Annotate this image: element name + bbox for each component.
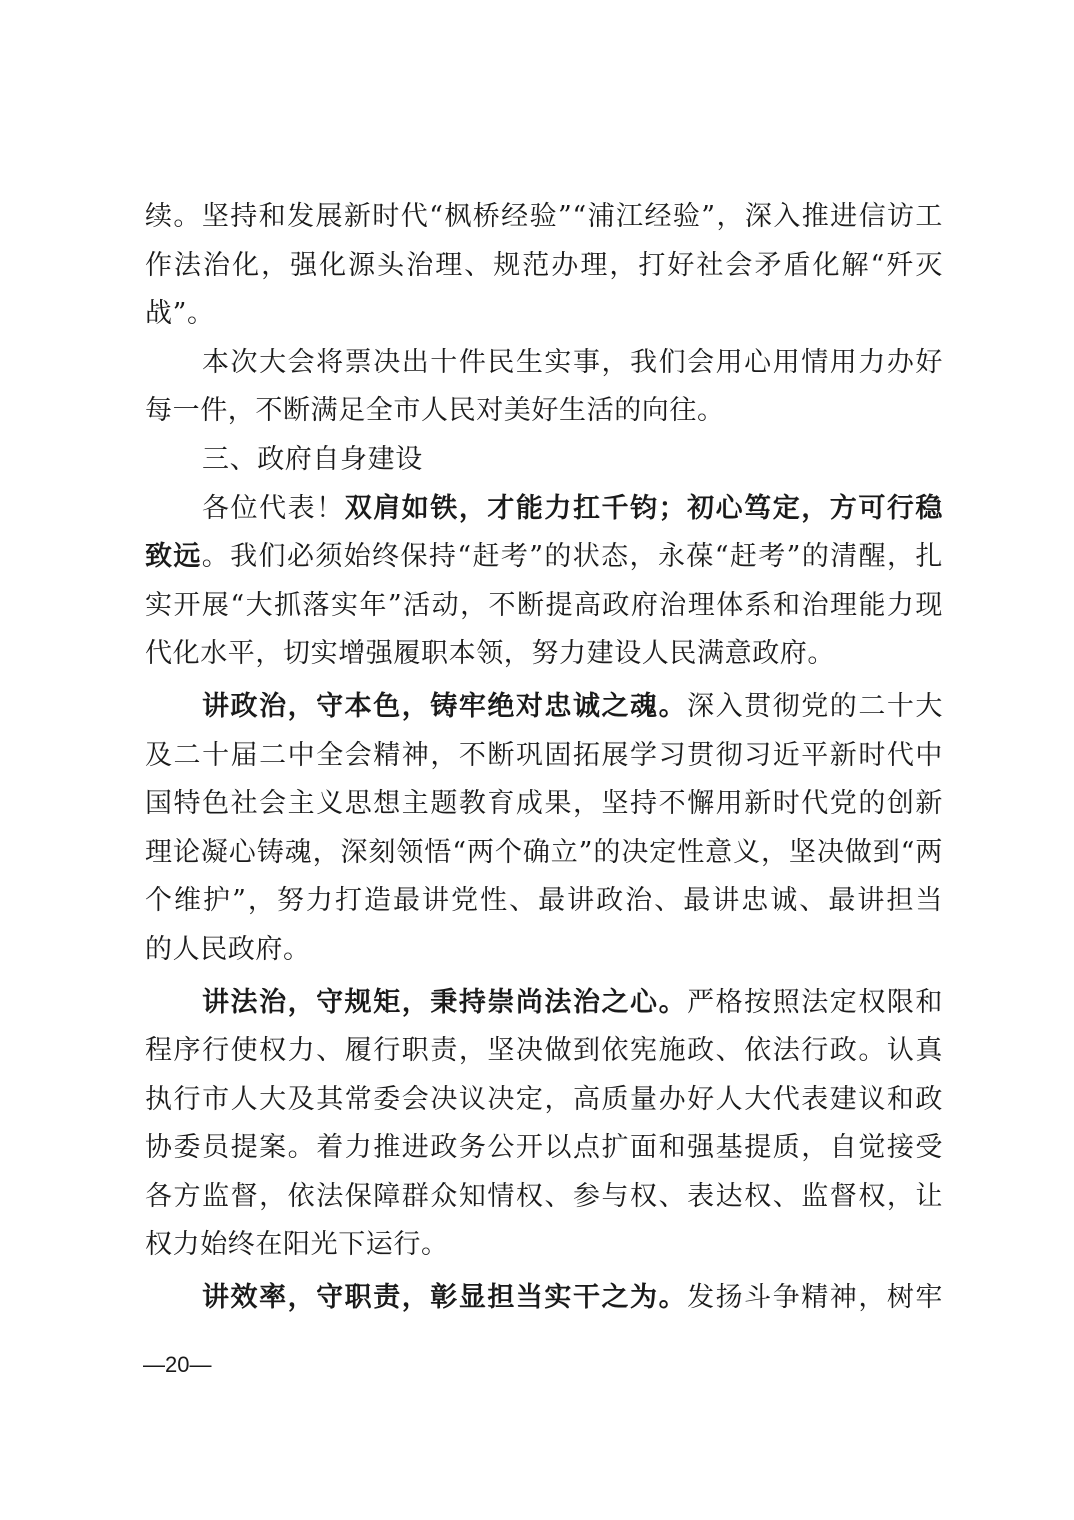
document-page: 续。坚持和发展新时代“枫桥经验”“浦江经验”，深入推进信访工 作法治化，强化源头…	[145, 193, 943, 1323]
text-line: 各位代表！双肩如铁，才能力扛千钧；初心笃定，方可行稳	[145, 485, 943, 534]
plain-text: 各位代表！	[202, 493, 345, 524]
text-line: 及二十届二中全会精神，不断巩固拓展学习贯彻习近平新时代中	[145, 732, 943, 781]
page-number: —20—	[143, 1352, 211, 1378]
text-line: 本次大会将票决出十件民生实事，我们会用心用情用力办好	[145, 339, 943, 388]
text-line: 权力始终在阳光下运行。	[145, 1221, 943, 1270]
bold-lead: 讲政治，守本色，铸牢绝对忠诚之魂。	[202, 691, 687, 722]
paragraph-efficiency: 讲效率，守职责，彰显担当实干之为。发扬斗争精神，树牢	[145, 1274, 943, 1323]
bold-lead: 讲法治，守规矩，秉持崇尚法治之心。	[202, 987, 687, 1018]
text-line: 协委员提案。着力推进政务公开以点扩面和强基提质，自觉接受	[145, 1124, 943, 1173]
text-line: 程序行使权力、履行职责，坚决做到依宪施政、依法行政。认真	[145, 1027, 943, 1076]
text-line: 个维护”，努力打造最讲党性、最讲政治、最讲忠诚、最讲担当	[145, 877, 943, 926]
text-line: 战”。	[145, 290, 943, 339]
plain-text: 发扬斗争精神，树牢	[687, 1282, 943, 1313]
text-line: 执行市人大及其常委会决议决定，高质量办好人大代表建议和政	[145, 1076, 943, 1125]
section-heading: 三、政府自身建设	[145, 436, 943, 485]
text-line: 讲效率，守职责，彰显担当实干之为。发扬斗争精神，树牢	[145, 1274, 943, 1323]
paragraph-rule-of-law: 讲法治，守规矩，秉持崇尚法治之心。严格按照法定权限和 程序行使权力、履行职责，坚…	[145, 979, 943, 1271]
text-line: 续。坚持和发展新时代“枫桥经验”“浦江经验”，深入推进信访工	[145, 193, 943, 242]
text-line: 致远。我们必须始终保持“赶考”的状态，永葆“赶考”的清醒，扎	[145, 533, 943, 582]
bold-text: 双肩如铁，才能力扛千钧；初心笃定，方可行稳	[345, 493, 943, 524]
text-line: 作法治化，强化源头治理、规范办理，打好社会矛盾化解“歼灭	[145, 242, 943, 291]
paragraph-livelihood-projects: 本次大会将票决出十件民生实事，我们会用心用情用力办好 每一件，不断满足全市人民对…	[145, 339, 943, 436]
plain-text: 深入贯彻党的二十大	[687, 691, 943, 722]
plain-text: 严格按照法定权限和	[687, 987, 943, 1018]
text-line: 每一件，不断满足全市人民对美好生活的向往。	[145, 387, 943, 436]
text-line: 讲政治，守本色，铸牢绝对忠诚之魂。深入贯彻党的二十大	[145, 683, 943, 732]
text-line: 实开展“大抓落实年”活动，不断提高政府治理体系和治理能力现	[145, 582, 943, 631]
text-line: 的人民政府。	[145, 926, 943, 975]
text-line: 代化水平，切实增强履职本领，努力建设人民满意政府。	[145, 630, 943, 679]
paragraph-address-delegates: 各位代表！双肩如铁，才能力扛千钧；初心笃定，方可行稳 致远。我们必须始终保持“赶…	[145, 485, 943, 679]
paragraph-politics: 讲政治，守本色，铸牢绝对忠诚之魂。深入贯彻党的二十大 及二十届二中全会精神，不断…	[145, 683, 943, 975]
text-line: 各方监督，依法保障群众知情权、参与权、表达权、监督权，让	[145, 1173, 943, 1222]
plain-text: 。我们必须始终保持“赶考”的状态，永葆“赶考”的清醒，扎	[202, 541, 943, 572]
bold-text: 致远	[145, 541, 202, 572]
bold-lead: 讲效率，守职责，彰显担当实干之为。	[202, 1282, 687, 1313]
text-line: 国特色社会主义思想主题教育成果，坚持不懈用新时代党的创新	[145, 780, 943, 829]
text-line: 理论凝心铸魂，深刻领悟“两个确立”的决定性意义，坚决做到“两	[145, 829, 943, 878]
text-line: 讲法治，守规矩，秉持崇尚法治之心。严格按照法定权限和	[145, 979, 943, 1028]
paragraph-continuation: 续。坚持和发展新时代“枫桥经验”“浦江经验”，深入推进信访工 作法治化，强化源头…	[145, 193, 943, 339]
